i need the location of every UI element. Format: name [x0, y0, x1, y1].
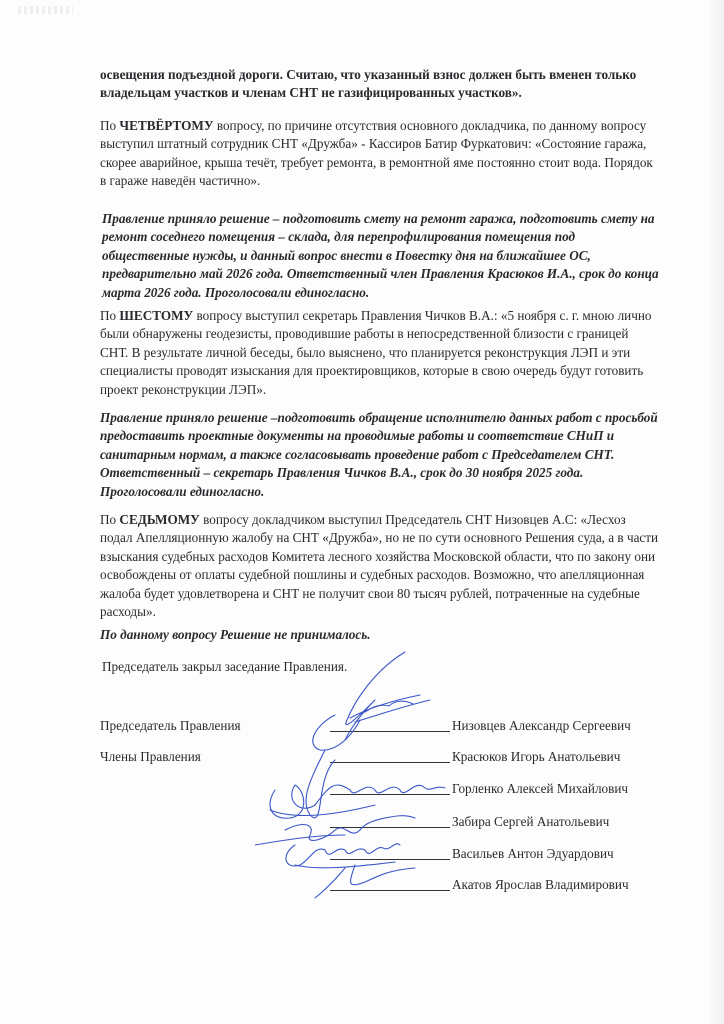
question-number: ЧЕТВЁРТОМУ: [119, 118, 213, 133]
paragraph-body: вопросу докладчиком выступил Председател…: [100, 512, 658, 619]
signature-row: Председатель Правления Низовцев Александ…: [100, 717, 660, 735]
signature-row: Члены Правления Красюков Игорь Анатольев…: [100, 748, 660, 766]
meeting-closed-note: Председатель закрыл заседание Правления.: [102, 658, 662, 676]
decision-question-seven: По данному вопросу Решение не принималос…: [100, 626, 660, 644]
signature-line: [330, 890, 450, 891]
paragraph-question-seven: По СЕДЬМОМУ вопросу докладчиком выступил…: [100, 511, 660, 621]
signatory-name: Забира Сергей Анатольевич: [452, 813, 609, 831]
signature-role: Председатель Правления: [100, 717, 241, 735]
signature-line: [330, 731, 450, 732]
paragraph-question-six: По ШЕСТОМУ вопросу выступил секретарь Пр…: [100, 307, 660, 399]
signatory-name: Акатов Ярослав Владимирович: [452, 876, 629, 894]
signatory-name: Низовцев Александр Сергеевич: [452, 717, 631, 735]
signature-line: [330, 827, 450, 828]
decision-question-six: Правление приняло решение –подготовить о…: [100, 409, 660, 501]
prefix: По: [100, 308, 119, 323]
question-number: СЕДЬМОМУ: [119, 512, 199, 527]
scan-edge: [710, 0, 724, 1024]
scan-artifact: [18, 6, 73, 14]
signatory-name: Красюков Игорь Анатольевич: [452, 748, 620, 766]
signature-line: [330, 794, 450, 795]
signature-line: [330, 762, 450, 763]
signature-row: Забира Сергей Анатольевич: [100, 813, 660, 831]
signatory-name: Горленко Алексей Михайлович: [452, 780, 628, 798]
signature-line: [330, 859, 450, 860]
paragraph-question-four: По ЧЕТВЁРТОМУ вопросу, по причине отсутс…: [100, 117, 660, 191]
signature-role: Члены Правления: [100, 748, 201, 766]
signature-row: Горленко Алексей Михайлович: [100, 780, 660, 798]
signatory-name: Васильев Антон Эдуардович: [452, 845, 614, 863]
paragraph-gas-contribution: освещения подъездной дороги. Считаю, что…: [100, 66, 660, 103]
prefix: По: [100, 512, 119, 527]
decision-question-four: Правление приняло решение – подготовить …: [102, 210, 662, 302]
question-number: ШЕСТОМУ: [119, 308, 193, 323]
signature-row: Васильев Антон Эдуардович: [100, 845, 660, 863]
signature-row: Акатов Ярослав Владимирович: [100, 876, 660, 894]
prefix: По: [100, 118, 119, 133]
